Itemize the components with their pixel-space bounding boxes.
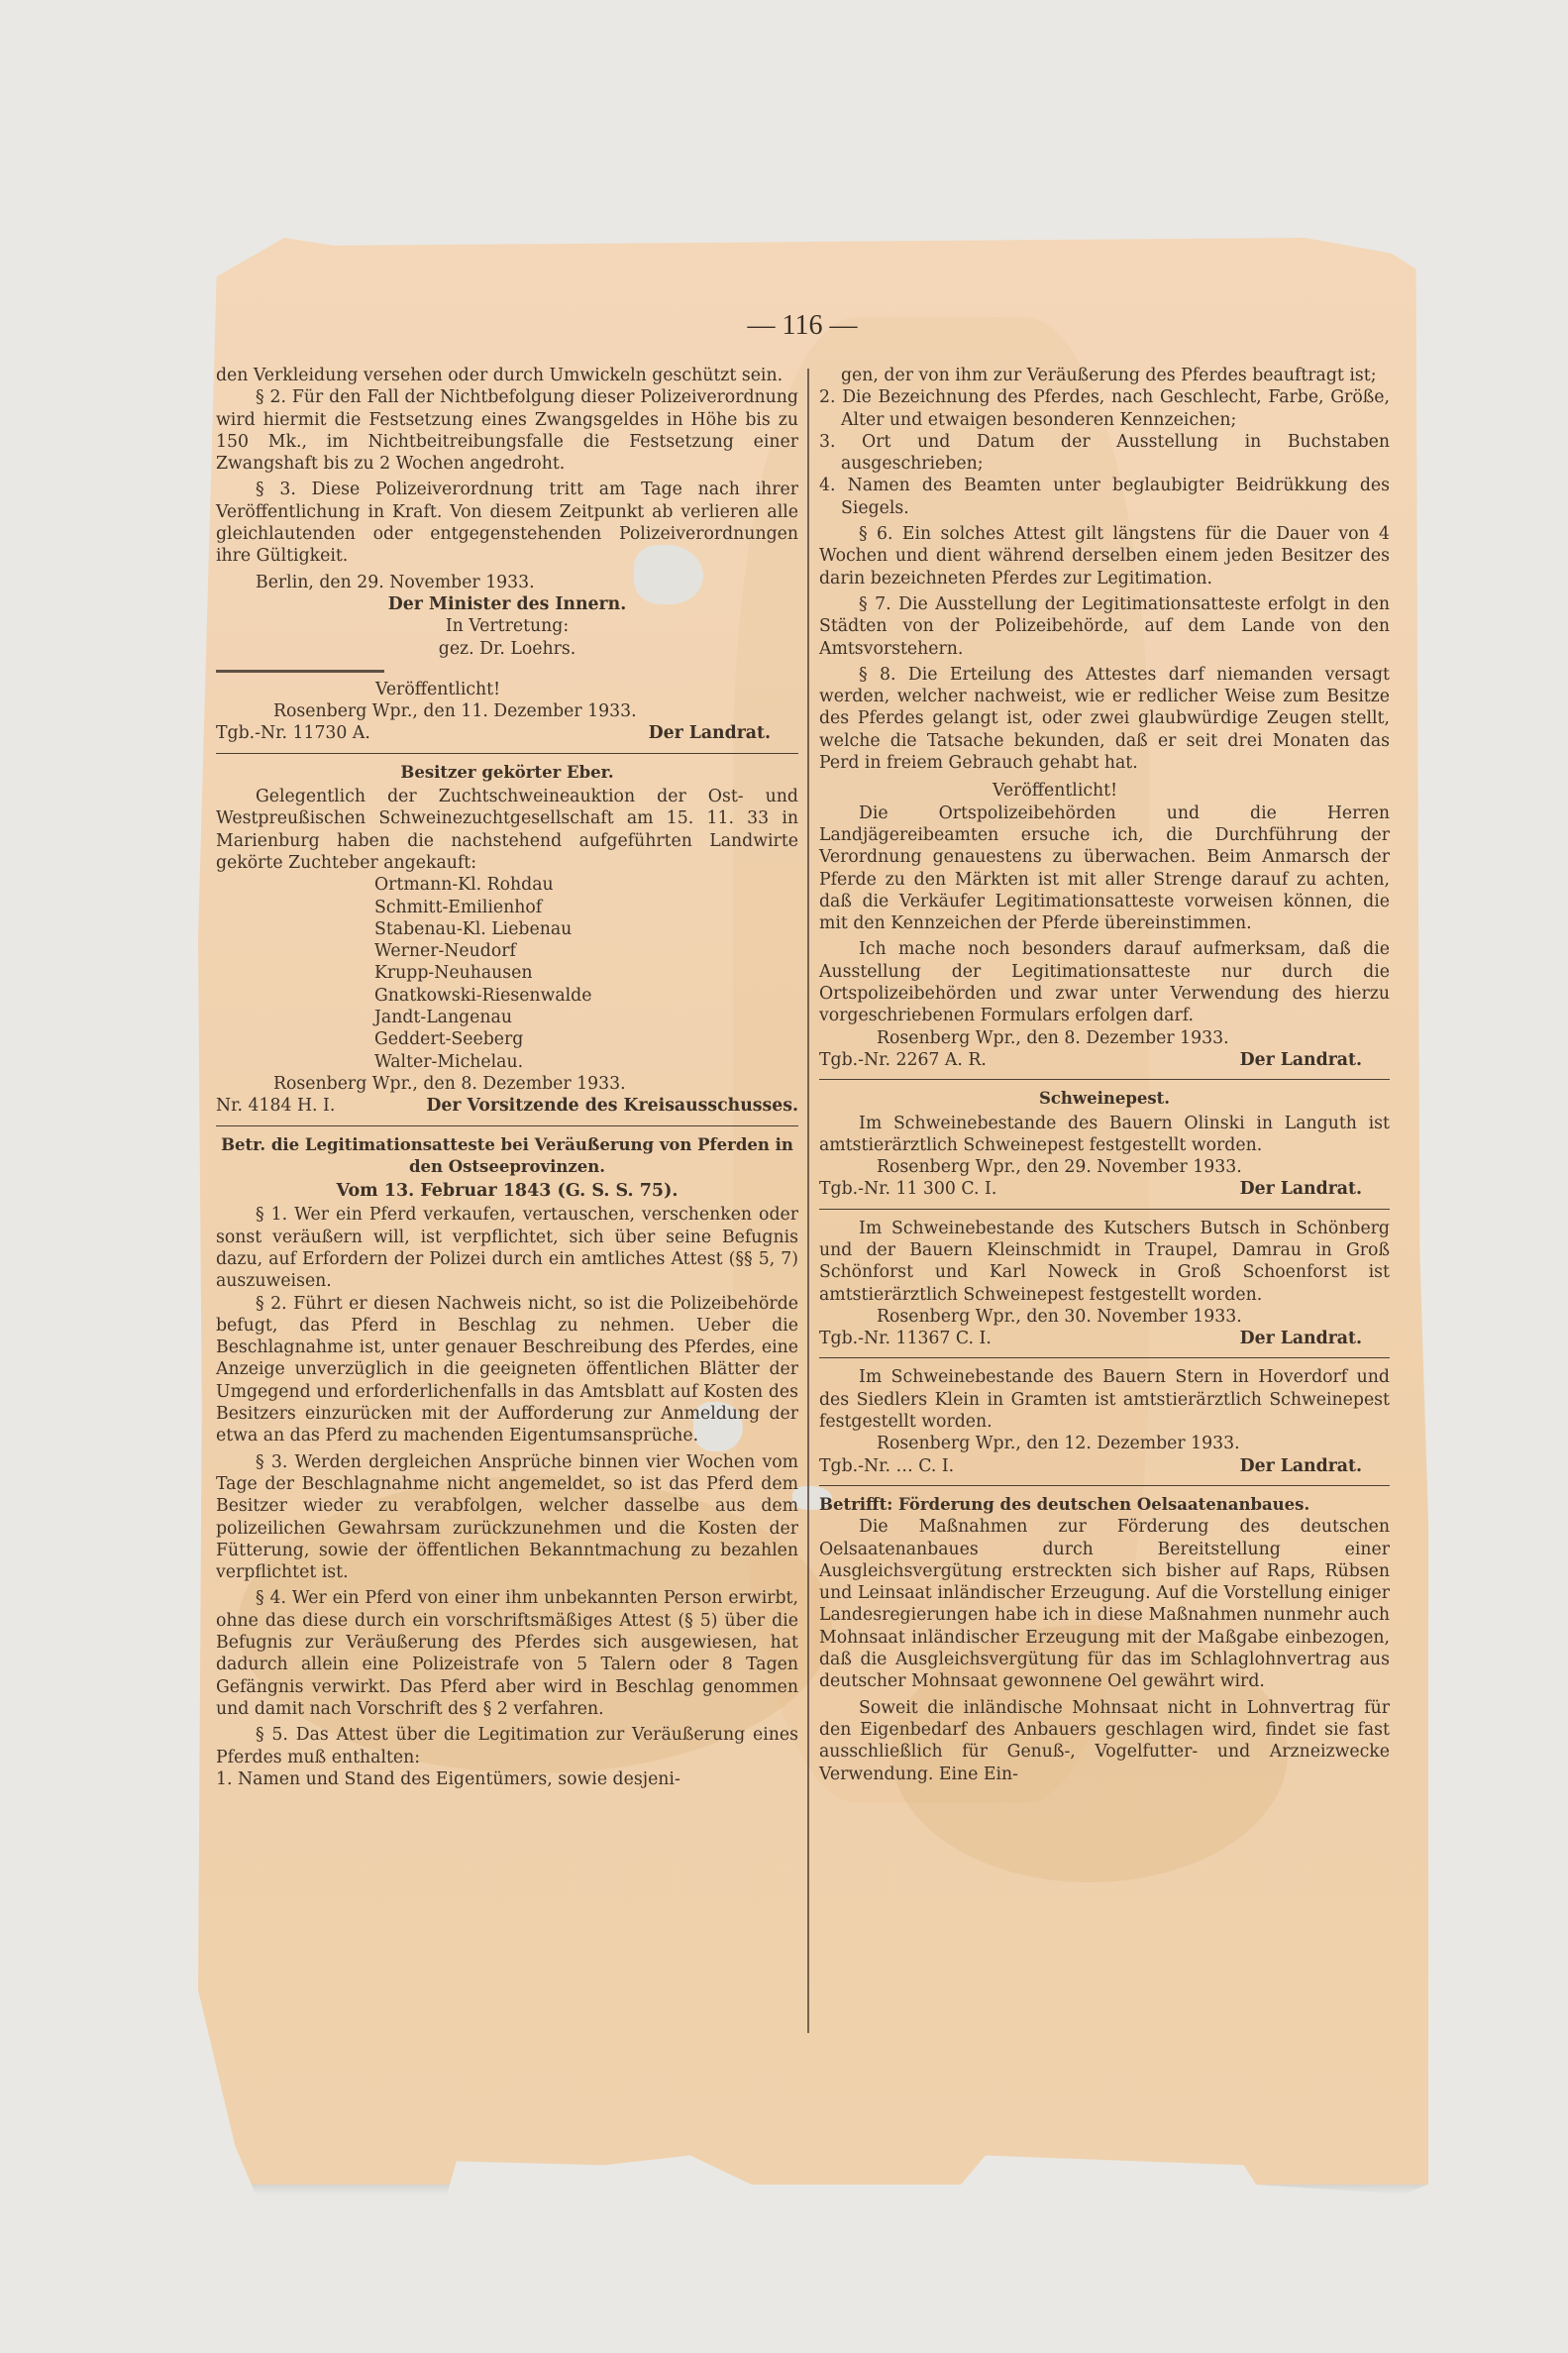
list-item: 4. Namen des Beamten unter beglaubigter … <box>819 475 1390 519</box>
notice-paragraph: Die Ortspolizeibehörden und die Herren L… <box>819 802 1390 935</box>
reference-row: Tgb.-Nr. 2267 A. R. Der Landrat. <box>819 1049 1390 1071</box>
paragraph-s5: § 5. Das Attest über die Legitimation zu… <box>216 1724 798 1768</box>
column-divider <box>807 369 809 2033</box>
swine-fever-notice: Im Schweinebestande des Kutschers Butsch… <box>819 1218 1390 1306</box>
reference-number: Tgb.-Nr. 11367 C. I. <box>819 1328 992 1349</box>
list-item: Schmitt-Emilienhof <box>374 897 798 918</box>
left-column: den Verkleidung versehen oder durch Umwi… <box>216 365 798 1790</box>
section-divider <box>819 1357 1390 1358</box>
reference-number: Tgb.-Nr. 2267 A. R. <box>819 1049 987 1071</box>
list-item: Gnatkowski-Riesenwalde <box>374 985 798 1007</box>
right-column: gen, der von ihm zur Veräußerung des Pfe… <box>819 365 1390 1785</box>
reference-row: Nr. 4184 H. I. Der Vorsitzende des Kreis… <box>216 1095 798 1117</box>
paragraph-s3: § 3. Diese Polizeiverordnung tritt am Ta… <box>216 479 798 567</box>
section-title-swine-fever: Schweinepest. <box>819 1088 1390 1110</box>
reference-row: Tgb.-Nr. 11367 C. I. Der Landrat. <box>819 1328 1390 1349</box>
oilseed-paragraph: Die Maßnahmen zur Förderung des deutsche… <box>819 1516 1390 1692</box>
list-item: Ortmann-Kl. Rohdau <box>374 874 798 896</box>
reference-row: Tgb.-Nr. … C. I. Der Landrat. <box>819 1455 1390 1477</box>
paragraph-s6: § 6. Ein solches Attest gilt längstens f… <box>819 523 1390 589</box>
published-date: Rosenberg Wpr., den 11. Dezember 1933. <box>216 700 798 722</box>
section-title-boars: Besitzer gekörter Eber. <box>216 762 798 784</box>
page-number: — 116 — <box>733 310 872 342</box>
place-date: Rosenberg Wpr., den 29. November 1933. <box>819 1156 1390 1178</box>
authority: Der Minister des Innern. <box>216 593 798 615</box>
section-divider <box>819 1485 1390 1486</box>
reference-row: Tgb.-Nr. 11730 A. Der Landrat. <box>216 722 798 744</box>
signer: Der Landrat. <box>1240 1455 1390 1477</box>
signature: gez. Dr. Loehrs. <box>216 638 798 660</box>
signer: Der Landrat. <box>1240 1178 1390 1200</box>
boars-place-date: Rosenberg Wpr., den 8. Dezember 1933. <box>216 1073 798 1095</box>
signer: Der Landrat. <box>649 722 798 744</box>
list-item: Jandt-Langenau <box>374 1007 798 1028</box>
list-item: 1. Namen und Stand des Eigentümers, sowi… <box>216 1768 798 1790</box>
signer: Der Vorsitzende des Kreisausschusses. <box>426 1095 798 1117</box>
notice-place-date: Rosenberg Wpr., den 8. Dezember 1933. <box>819 1027 1390 1049</box>
boars-intro: Gelegentlich der Zuchtschweineauktion de… <box>216 786 798 874</box>
list-item: 2. Die Bezeichnung des Pferdes, nach Ges… <box>819 386 1390 431</box>
reference-number: Tgb.-Nr. … C. I. <box>819 1455 954 1477</box>
section-title-horses: Betr. die Legitimationsatteste bei Veräu… <box>216 1134 798 1179</box>
list-item: Geddert-Seeberg <box>374 1028 798 1050</box>
paragraph-s2: § 2. Führt er diesen Nachweis nicht, so … <box>216 1293 798 1447</box>
list-item: 3. Ort und Datum der Ausstellung in Buch… <box>819 431 1390 476</box>
paragraph-s2: § 2. Für den Fall der Nichtbefolgung die… <box>216 386 798 475</box>
signer: Der Landrat. <box>1240 1328 1390 1349</box>
published-label: Veröffentlicht! <box>216 679 798 700</box>
section-divider <box>216 1125 798 1126</box>
reference-row: Tgb.-Nr. 11 300 C. I. Der Landrat. <box>819 1178 1390 1200</box>
section-divider <box>819 1209 1390 1210</box>
list-item: Krupp-Neuhausen <box>374 962 798 984</box>
place-date: Berlin, den 29. November 1933. <box>216 572 798 593</box>
paragraph-continuation: den Verkleidung versehen oder durch Umwi… <box>216 365 798 386</box>
notice-paragraph: Ich mache noch besonders darauf aufmerks… <box>819 938 1390 1026</box>
paragraph-s8: § 8. Die Erteilung des Attestes darf nie… <box>819 664 1390 774</box>
published-label: Veröffentlicht! <box>819 780 1390 802</box>
paragraph-s3: § 3. Werden dergleichen Ansprüche binnen… <box>216 1451 798 1584</box>
reference-number: Tgb.-Nr. 11 300 C. I. <box>819 1178 996 1200</box>
boar-owners-list: Ortmann-Kl. Rohdau Schmitt-Emilienhof St… <box>216 874 798 1073</box>
section-title-oilseed: Betrifft: Förderung des deutschen Oelsaa… <box>819 1494 1390 1516</box>
deputy-line: In Vertretung: <box>216 615 798 637</box>
signer: Der Landrat. <box>1240 1049 1390 1071</box>
oilseed-paragraph: Soweit die inländische Mohnsaat nicht in… <box>819 1697 1390 1785</box>
place-date: Rosenberg Wpr., den 12. Dezember 1933. <box>819 1433 1390 1454</box>
paragraph-s7: § 7. Die Ausstellung der Legitimationsat… <box>819 593 1390 660</box>
swine-fever-notice: Im Schweinebestande des Bauern Olinski i… <box>819 1113 1390 1157</box>
list-item: Werner-Neudorf <box>374 940 798 962</box>
place-date: Rosenberg Wpr., den 30. November 1933. <box>819 1306 1390 1328</box>
paragraph-s4: § 4. Wer ein Pferd von einer ihm unbekan… <box>216 1587 798 1720</box>
list-item: Stabenau-Kl. Liebenau <box>374 918 798 940</box>
list-item-continuation: gen, der von ihm zur Veräußerung des Pfe… <box>819 365 1390 386</box>
reference-number: Tgb.-Nr. 11730 A. <box>216 722 370 744</box>
paragraph-s1: § 1. Wer ein Pferd verkaufen, vertausche… <box>216 1204 798 1292</box>
section-divider <box>819 1079 1390 1080</box>
swine-fever-notice: Im Schweinebestande des Bauern Stern in … <box>819 1366 1390 1433</box>
short-divider <box>216 670 384 673</box>
reference-number: Nr. 4184 H. I. <box>216 1095 335 1117</box>
list-item: Walter-Michelau. <box>374 1051 798 1073</box>
section-divider <box>216 753 798 754</box>
law-date: Vom 13. Februar 1843 (G. S. S. 75). <box>216 1180 798 1202</box>
